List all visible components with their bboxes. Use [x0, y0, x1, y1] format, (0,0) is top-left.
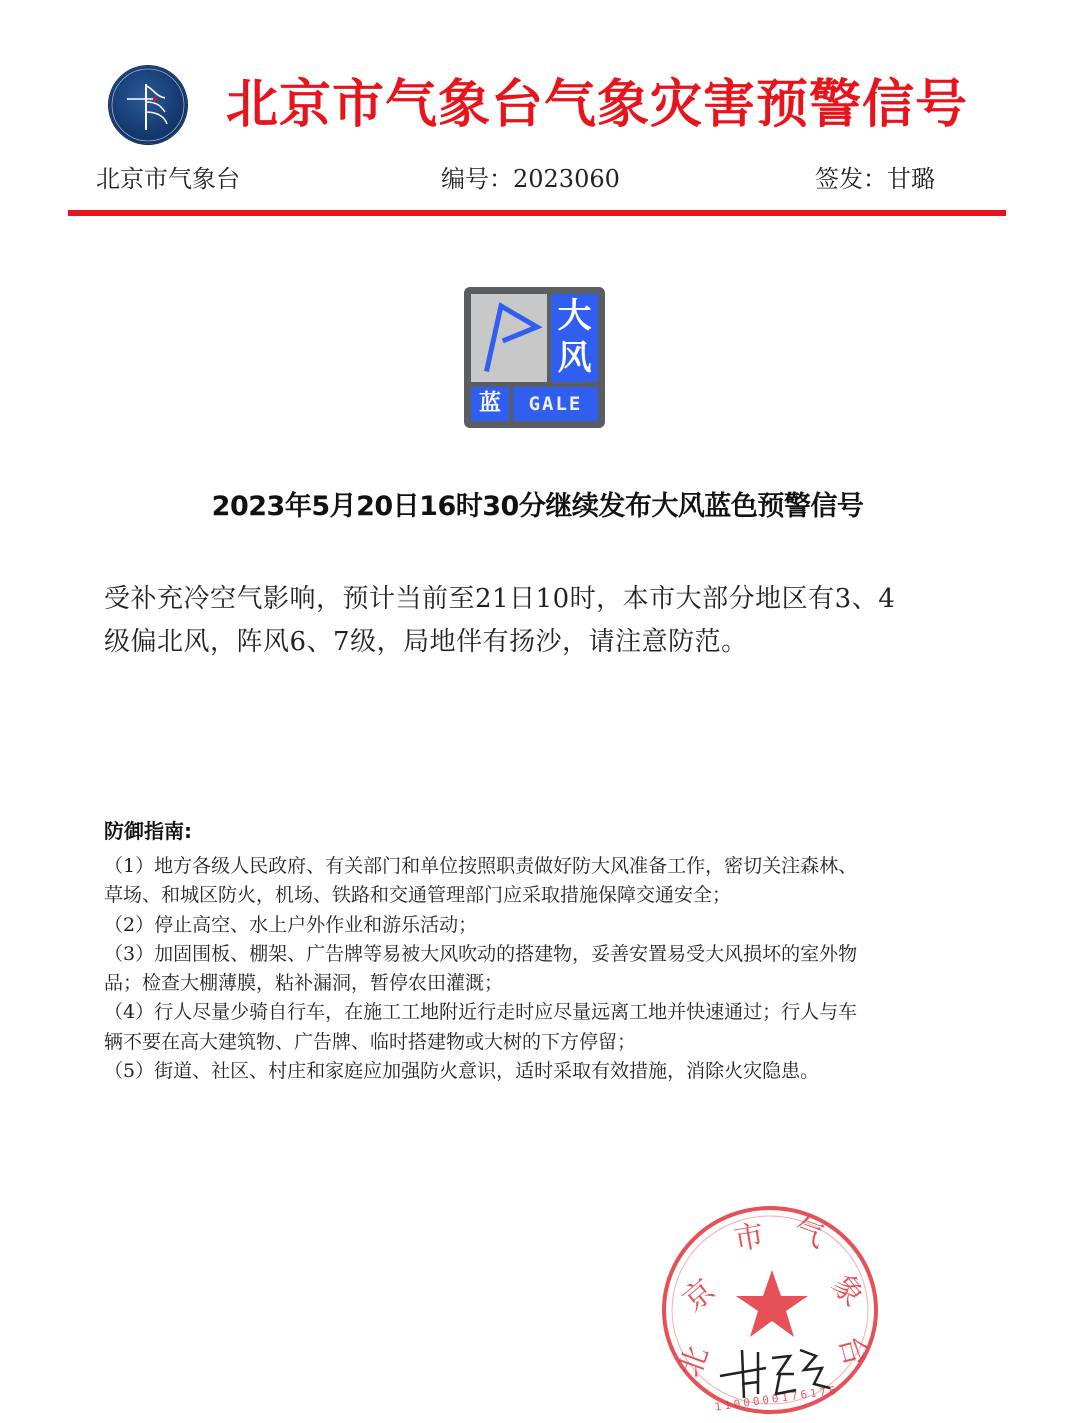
gale-blue-warning-signal: 大 风 蓝 GALE — [464, 287, 605, 428]
issuer: 北京市气象台 — [96, 162, 240, 196]
guidance-line: 品；检查大棚薄膜，粘补漏洞，暂停农田灌溉； — [104, 969, 984, 998]
guidance-line: 草场、和城区防火，机场、铁路和交通管理部门应采取措施保障交通安全； — [104, 881, 984, 910]
official-seal: 北 京 市 气 象 台 1100000176176 — [654, 1198, 896, 1420]
guidance-line: （2）停止高空、水上户外作业和游乐活动； — [104, 911, 984, 940]
signal-type-char-2: 风 — [551, 338, 598, 378]
svg-text:京: 京 — [676, 1273, 721, 1319]
signal-flag-panel — [471, 294, 547, 382]
seal-stamp-icon: 北 京 市 气 象 台 1100000176176 — [654, 1198, 896, 1420]
svg-text:台: 台 — [832, 1332, 874, 1370]
document-number-label: 编号： — [441, 165, 513, 193]
guidance-line: （3）加固围板、棚架、广告牌等易被大风吹动的搭建物，妥善安置易受大风损坏的室外物 — [104, 940, 984, 969]
signal-type-char-1: 大 — [551, 296, 598, 336]
signal-type-en: GALE — [513, 387, 598, 421]
guidance-line: （4）行人尽量少骑自行车，在施工工地附近行走时应尽量远离工地并快速通过；行人与车 — [104, 998, 984, 1027]
svg-text:气: 气 — [789, 1212, 829, 1255]
document-number: 编号：2023060 — [441, 162, 620, 196]
svg-text:北: 北 — [673, 1341, 716, 1381]
warning-body: 受补充冷空气影响，预计当前至21日10时，本市大部分地区有3、4 级偏北风，阵风… — [104, 578, 964, 664]
svg-text:市: 市 — [731, 1218, 767, 1258]
body-line: 受补充冷空气影响，预计当前至21日10时，本市大部分地区有3、4 — [104, 578, 964, 621]
signer-value: 甘璐 — [887, 165, 935, 193]
guidance-title: 防御指南: — [104, 816, 192, 846]
signal-level: 蓝 — [471, 387, 509, 421]
guidance-list: （1）地方各级人民政府、有关部门和单位按照职责做好防大风准备工作，密切关注森林、… — [104, 852, 984, 1086]
document-number-value: 2023060 — [513, 165, 620, 193]
logo — [109, 66, 187, 144]
signer-label: 签发： — [815, 165, 887, 193]
guidance-line: （1）地方各级人民政府、有关部门和单位按照职责做好防大风准备工作，密切关注森林、 — [104, 852, 984, 881]
svg-text:象: 象 — [824, 1268, 870, 1313]
warning-headline: 2023年5月20日16时30分继续发布大风蓝色预警信号 — [0, 486, 1075, 528]
page-title: 北京市气象台气象灾害预警信号 — [226, 72, 946, 138]
gale-flag-icon — [471, 294, 547, 382]
signer: 签发：甘璐 — [815, 162, 935, 196]
guidance-line: （5）街道、社区、村庄和家庭应加强防火意识，适时采取有效措施，消除火灾隐患。 — [104, 1057, 984, 1086]
meteorological-service-logo-icon — [109, 66, 187, 144]
body-line: 级偏北风，阵风6、7级，局地伴有扬沙，请注意防范。 — [104, 621, 964, 664]
header-divider — [68, 210, 1006, 216]
guidance-line: 辆不要在高大建筑物、广告牌、临时搭建物或大树的下方停留； — [104, 1028, 984, 1057]
